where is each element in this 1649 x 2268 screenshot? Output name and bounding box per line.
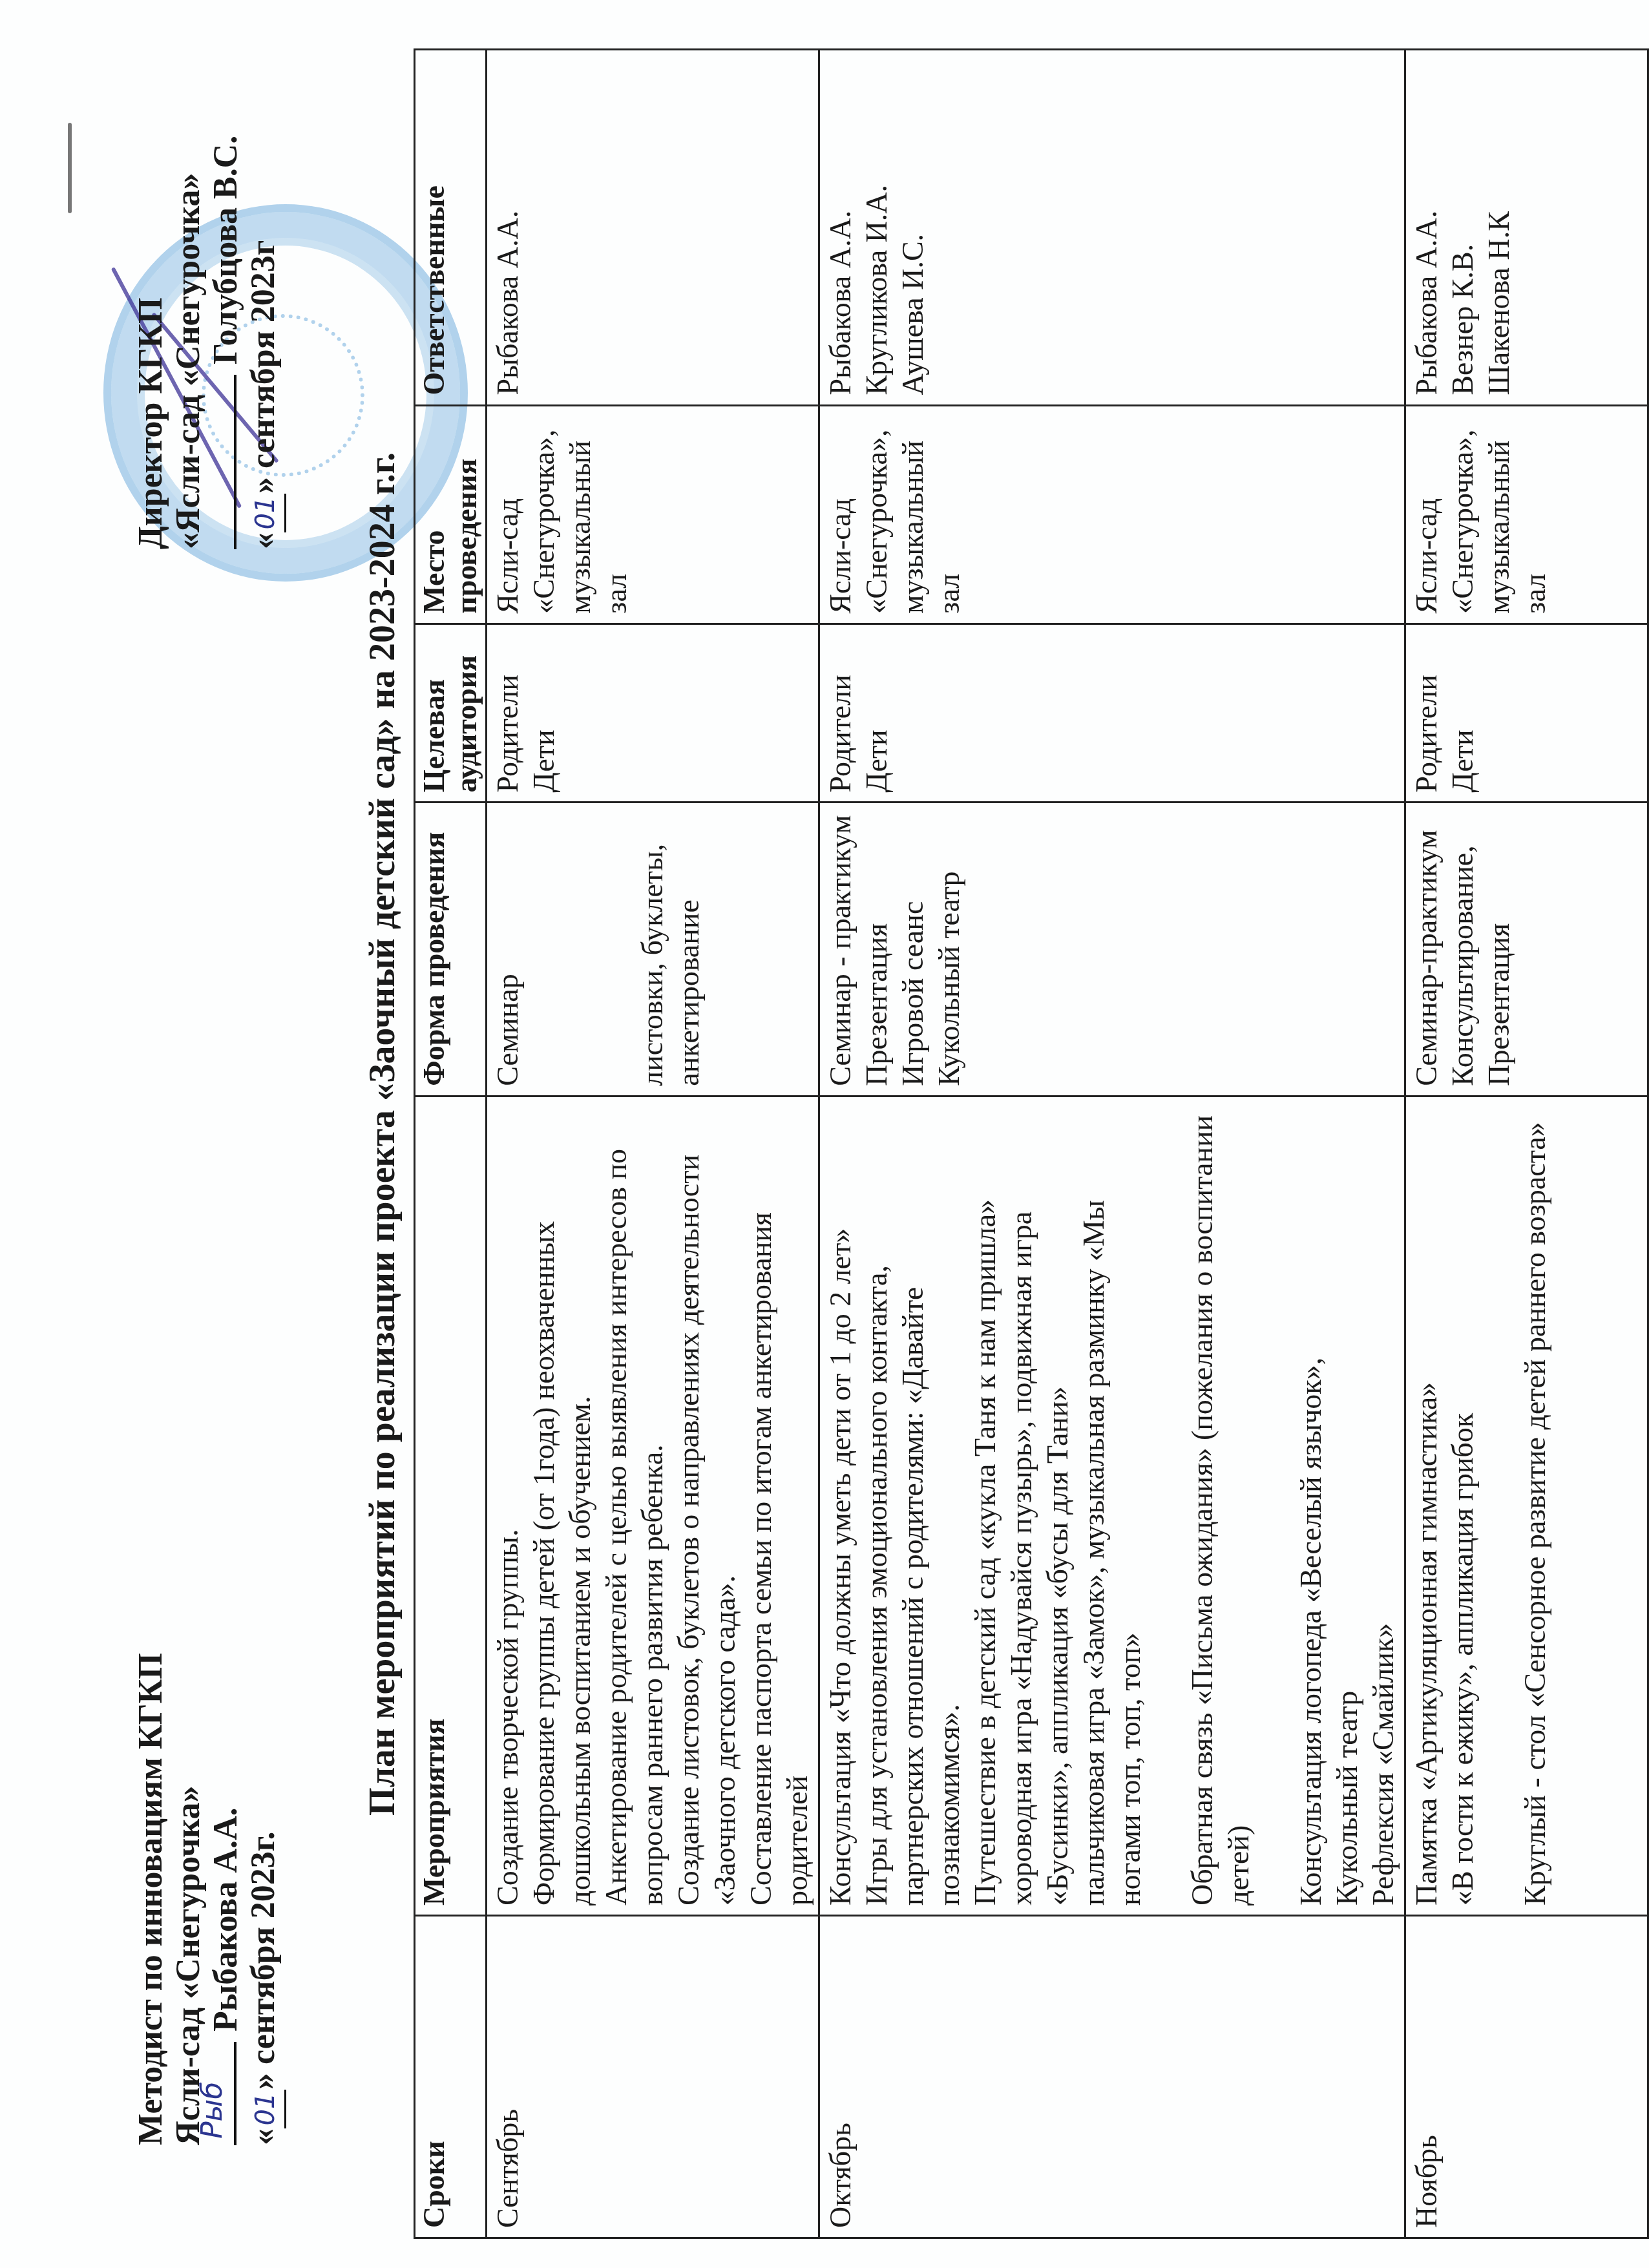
audience-item: Родители [823, 634, 859, 793]
cell-responsible: Рыбакова А.А. Кругликова И.А. Аушева И.С… [819, 50, 1405, 406]
event-item: Составление паспорта семьи по итогам анк… [743, 1106, 815, 1906]
audience-item: Дети [526, 634, 562, 793]
event-item: Консультация логопеда «Веселый язычок», [1293, 1106, 1329, 1906]
cell-place: Ясли-сад «Снегурочка», музыкальный зал [487, 405, 819, 624]
event-item: Путешествие в детский сад «кукла Таня к … [967, 1106, 1076, 1906]
cell-place: Ясли-сад «Снегурочка», музыкальный зал [819, 405, 1405, 624]
signature-blank [208, 375, 236, 549]
form-item: Консультирование, [1445, 812, 1481, 1086]
date-month-year: » сентября 2023г [245, 240, 282, 494]
form-item: Семинар - практикум [823, 812, 859, 1086]
event-item: Консультация «Что должны уметь дети от 1… [823, 1106, 859, 1906]
responsible-person: Рыбакова А.А. [1409, 59, 1445, 395]
event-item: Создание листовок, буклетов о направлени… [671, 1106, 743, 1906]
cell-audience: Родители Дети [487, 624, 819, 803]
event-item: Кукольный театр [1329, 1106, 1365, 1906]
event-item: Формирование группы детей (от 1года) нео… [526, 1106, 598, 1906]
approval-methodist-name: Рыбакова А.А. [207, 1807, 244, 2032]
date-month-year: » сентября 2023г. [245, 1831, 282, 2090]
cell-form: Семинар листовки, буклеты, анкетирование [487, 803, 819, 1096]
header-audience: Целевая аудитория [415, 624, 487, 803]
approval-director-org: «Ясли-сад «Снегурочка» [170, 136, 207, 549]
cell-responsible: Рыбакова А.А. Везнер К.В. Шакенова Н.К [1405, 50, 1648, 406]
form-item: Семинар-практикум [1409, 812, 1445, 1086]
cell-period: Ноябрь [1405, 1916, 1648, 2238]
form-item: Презентация [1481, 812, 1517, 1086]
header-form: Форма проведения [415, 803, 487, 1096]
scan-edge-mark [68, 123, 72, 213]
approval-block-director: Директор КГКП «Ясли-сад «Снегурочка» Гол… [132, 136, 286, 549]
events-plan-table: Сроки Мероприятия Форма проведения Целев… [414, 48, 1649, 2239]
cell-audience: Родители Дети [819, 624, 1405, 803]
responsible-person: Рыбакова А.А. [490, 59, 526, 395]
audience-item: Родители [490, 634, 526, 793]
table-row: Ноябрь Памятка «Артикуляционная гимнасти… [1405, 50, 1648, 2238]
cell-events: Консультация «Что должны уметь дети от 1… [819, 1096, 1405, 1915]
form-item: листовки, буклеты, анкетирование [635, 812, 707, 1086]
event-item: Игры для установления эмоционального кон… [859, 1106, 967, 1906]
audience-item: Дети [1445, 634, 1481, 793]
cell-form: Семинар-практикум Консультирование, През… [1405, 803, 1648, 1096]
approval-methodist-org: Ясли-сад «Снегурочка» [170, 1653, 207, 2145]
form-item: Кукольный театр [931, 812, 967, 1086]
cell-place: Ясли-сад «Снегурочка», музыкальный зал [1405, 405, 1648, 624]
approval-methodist-signature-line: Рыб Рыбакова А.А. [207, 1653, 245, 2145]
responsible-person: Аушева И.С. [895, 59, 931, 395]
header-place: Место проведения [415, 405, 487, 624]
audience-item: Родители [1409, 634, 1445, 793]
form-item: Презентация [859, 812, 895, 1086]
document-page: Методист по инновациям КГКП Ясли-сад «Сн… [0, 0, 1649, 2268]
table-row: Сентябрь Создание творческой группы. Фор… [487, 50, 819, 2238]
approval-director-name: Голубцова В.С. [207, 136, 244, 364]
header-period: Сроки [415, 1916, 487, 2238]
signature-blank: Рыб [208, 2042, 236, 2145]
approval-director-signature-line: Голубцова В.С. [207, 136, 245, 549]
event-item: Памятка «Артикуляционная гимнастика» [1409, 1106, 1445, 1906]
cell-audience: Родители Дети [1405, 624, 1648, 803]
event-item: Анкетирование родителей с целью выявлени… [598, 1106, 671, 1906]
responsible-person: Шакенова Н.К [1481, 59, 1517, 395]
approval-block-methodist: Методист по инновациям КГКП Ясли-сад «Сн… [132, 1653, 286, 2145]
form-item: Игровой сеанс [895, 812, 931, 1086]
approval-methodist-date: «01» сентября 2023г. [245, 1653, 286, 2145]
approval-director-date: «01» сентября 2023г [245, 136, 286, 549]
responsible-person: Везнер К.В. [1445, 59, 1481, 395]
cell-events: Памятка «Артикуляционная гимнастика» «В … [1405, 1096, 1648, 1915]
responsible-person: Рыбакова А.А. [823, 59, 859, 395]
table-header-row: Сроки Мероприятия Форма проведения Целев… [415, 50, 487, 2238]
approval-methodist-position: Методист по инновациям КГКП [132, 1653, 170, 2145]
form-item: Семинар [490, 812, 526, 1086]
event-item: Рефлексия «Смайлик» [1365, 1106, 1402, 1906]
document-title: План мероприятий по реализации проекта «… [362, 0, 403, 2268]
header-events: Мероприятия [415, 1096, 487, 1915]
date-open-quote: « [245, 2128, 282, 2145]
date-day-handwritten: 01 [247, 2090, 286, 2128]
audience-item: Дети [859, 634, 895, 793]
table-row: Октябрь Консультация «Что должны уметь д… [819, 50, 1405, 2238]
date-open-quote: « [245, 532, 282, 549]
header-responsible: Ответственные [415, 50, 487, 406]
cell-form: Семинар - практикум Презентация Игровой … [819, 803, 1405, 1096]
event-item: «В гости к ежику», аппликация грибок [1445, 1106, 1481, 1906]
approval-director-position: Директор КГКП [132, 136, 170, 549]
cell-responsible: Рыбакова А.А. [487, 50, 819, 406]
responsible-person: Кругликова И.А. [859, 59, 895, 395]
cell-period: Октябрь [819, 1916, 1405, 2238]
event-item: Обратная связь «Письма ожидания» (пожела… [1184, 1106, 1257, 1906]
event-item: пальчиковая игра «Замок», музыкальная ра… [1076, 1106, 1148, 1906]
event-item: Круглый - стол «Сенсорное развитие детей… [1517, 1106, 1553, 1906]
cell-events: Создание творческой группы. Формирование… [487, 1096, 819, 1915]
event-item: Создание творческой группы. [490, 1106, 526, 1906]
cell-period: Сентябрь [487, 1916, 819, 2238]
handwritten-signature: Рыб [194, 2082, 231, 2139]
date-day-handwritten: 01 [247, 494, 286, 532]
